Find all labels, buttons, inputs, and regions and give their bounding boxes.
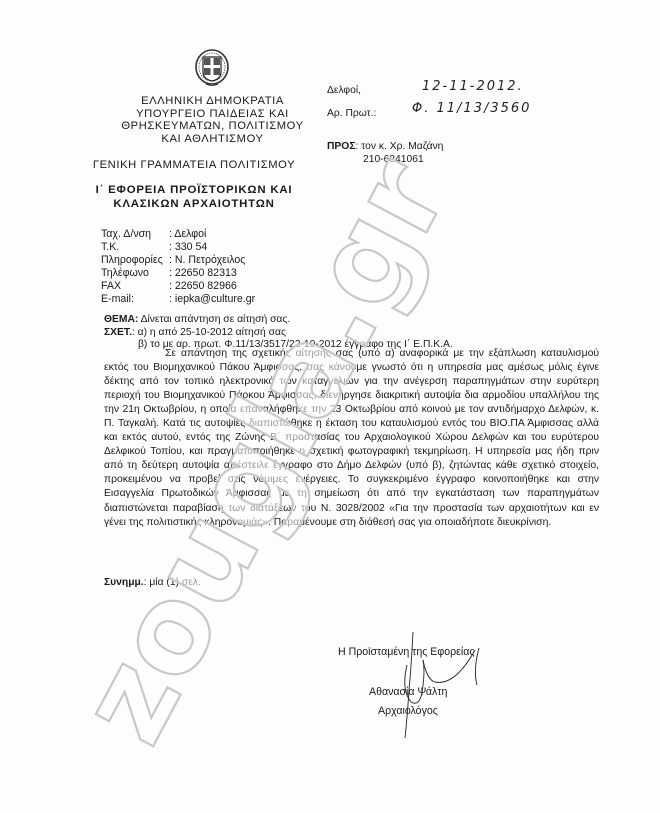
contact-row-postcode: Τ.Κ. : 330 54 — [101, 241, 255, 254]
contact-value: : 22650 82966 — [169, 280, 237, 293]
attachments: Συνημμ.: μία (1) σελ. — [104, 577, 201, 588]
contact-value: : iepka@culture.gr — [169, 293, 255, 306]
reference-label: ΣΧΕΤ. — [104, 327, 132, 338]
letter-page: ΕΛΛΗΝΙΚΗ ΔΗΜΟΚΡΑΤΙΑ ΥΠΟΥΡΓΕΙΟ ΠΑΙΔΕΙΑΣ Κ… — [0, 0, 660, 813]
recipient-label: ΠΡΟΣ — [327, 141, 356, 152]
contact-row-address: Ταχ. Δ/νση : Δελφοί — [101, 228, 255, 241]
contact-info: Ταχ. Δ/νση : Δελφοί Τ.Κ. : 330 54 Πληροφ… — [101, 228, 255, 307]
reference-line-a: ΣΧΕΤ.: α) η από 25-10-2012 αίτησή σας — [104, 327, 453, 340]
handwritten-signature-icon — [395, 630, 485, 740]
ephoria-title: Ι΄ ΕΦΟΡΕΙΑ ΠΡΟΪΣΤΟΡΙΚΩΝ ΚΑΙ ΚΛΑΣΙΚΩΝ ΑΡΧ… — [60, 183, 328, 211]
recipient: ΠΡΟΣ: τον κ. Χρ. Μαζάνη — [327, 141, 443, 152]
place-label: Δελφοί, — [327, 85, 361, 96]
place-date: Δελφοί, — [327, 85, 361, 96]
header-line: ΚΑΙ ΑΘΛΗΤΙΣΜΟΥ — [90, 133, 335, 146]
header-line: ΘΡΗΣΚΕΥΜΑΤΩΝ, ΠΟΛΙΤΙΣΜΟΥ — [90, 120, 335, 133]
recipient-phone: 210-6841061 — [363, 154, 424, 165]
greek-coat-of-arms-icon — [193, 48, 231, 88]
contact-value: : 22650 82313 — [169, 267, 237, 280]
subject-text: Δίνεται απάντηση σε αίτησή σας. — [138, 314, 290, 325]
letter-body: Σε απάντηση της σχετικής αίτησής σας (υπ… — [104, 347, 599, 530]
contact-value: : Δελφοί — [169, 228, 206, 241]
contact-label: Τ.Κ. — [101, 241, 169, 254]
reference-a: : α) η από 25-10-2012 αίτησή σας — [132, 327, 286, 338]
subject-block: ΘΕΜΑ: Δίνεται απάντηση σε αίτησή σας. ΣΧ… — [104, 314, 453, 352]
protocol-label: Αρ. Πρωτ.: — [327, 108, 376, 119]
contact-row-fax: FAX : 22650 82966 — [101, 280, 255, 293]
attachment-label: Συνημμ. — [104, 577, 144, 588]
contact-row-info: Πληροφορίες : Ν. Πετρόχειλος — [101, 254, 255, 267]
handwritten-date: 12-11-2012. — [422, 79, 524, 94]
contact-label: Πληροφορίες — [101, 254, 169, 267]
contact-label: Ταχ. Δ/νση — [101, 228, 169, 241]
attachment-value: : μία (1) σελ. — [144, 577, 201, 588]
header-line: ΕΛΛΗΝΙΚΗ ΔΗΜΟΚΡΑΤΙΑ — [90, 95, 335, 108]
ephoria-line: Ι΄ ΕΦΟΡΕΙΑ ΠΡΟΪΣΤΟΡΙΚΩΝ ΚΑΙ — [60, 183, 328, 197]
contact-label: E-mail: — [101, 293, 169, 306]
subject-label: ΘΕΜΑ: — [104, 314, 138, 325]
recipient-name: : τον κ. Χρ. Μαζάνη — [356, 141, 444, 152]
subject-line: ΘΕΜΑ: Δίνεται απάντηση σε αίτησή σας. — [104, 314, 453, 327]
contact-value: : 330 54 — [169, 241, 207, 254]
contact-label: FAX — [101, 280, 169, 293]
body-paragraph: Σε απάντηση της σχετικής αίτησής σας (υπ… — [104, 347, 599, 530]
contact-label: Τηλέφωνο — [101, 267, 169, 280]
header-line: ΥΠΟΥΡΓΕΙΟ ΠΑΙΔΕΙΑΣ ΚΑΙ — [90, 108, 335, 121]
ministry-header: ΕΛΛΗΝΙΚΗ ΔΗΜΟΚΡΑΤΙΑ ΥΠΟΥΡΓΕΙΟ ΠΑΙΔΕΙΑΣ Κ… — [90, 95, 335, 145]
contact-row-phone: Τηλέφωνο : 22650 82313 — [101, 267, 255, 280]
contact-value: : Ν. Πετρόχειλος — [169, 254, 245, 267]
general-secretariat: ΓΕΝΙΚΗ ΓΡΑΜΜΑΤΕΙΑ ΠΟΛΙΤΙΣΜΟΥ — [44, 159, 344, 171]
ephoria-line: ΚΛΑΣΙΚΩΝ ΑΡΧΑΙΟΤΗΤΩΝ — [60, 197, 328, 211]
handwritten-protocol-number: Φ. 11/13/3560 — [412, 101, 531, 116]
contact-row-email: E-mail: : iepka@culture.gr — [101, 293, 255, 306]
